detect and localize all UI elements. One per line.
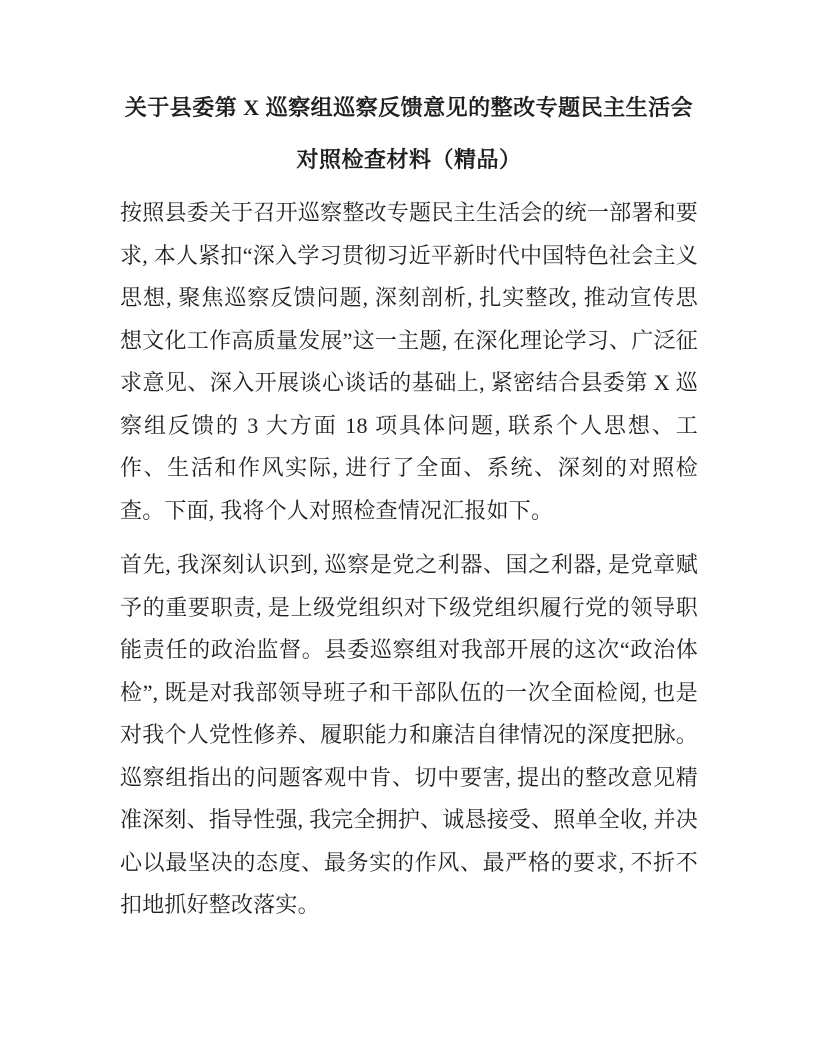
document-body: 按照县委关于召开巡察整改专题民主生活会的统一部署和要求, 本人紧扣“深入学习贯彻… [120,192,698,927]
document-page: 关于县委第 X 巡察组巡察反馈意见的整改专题民主生活会对照检查材料（精品） 按照… [0,0,816,1056]
paragraph-1: 按照县委关于召开巡察整改专题民主生活会的统一部署和要求, 本人紧扣“深入学习贯彻… [120,192,698,532]
document-title: 关于县委第 X 巡察组巡察反馈意见的整改专题民主生活会对照检查材料（精品） [120,82,698,186]
paragraph-2: 首先, 我深刻认识到, 巡察是党之利器、国之利器, 是党章赋予的重要职责, 是上… [120,544,698,927]
